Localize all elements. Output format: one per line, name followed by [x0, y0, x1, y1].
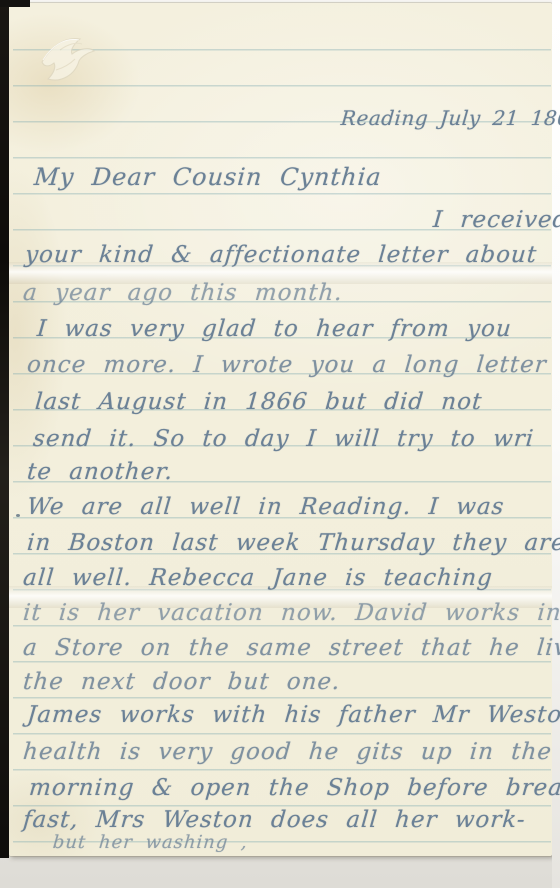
- date-line: Reading July 21 1867: [340, 106, 560, 130]
- letter-line: morning & open the Shop before break-: [28, 775, 560, 801]
- ink-dot: [16, 514, 20, 517]
- letter-line: I was very glad to hear from you: [36, 316, 513, 342]
- letter-line: fast, Mrs Weston does all her work-: [22, 807, 527, 833]
- letter-line: but her washing ,: [52, 832, 249, 853]
- scanned-letter-page: Reading July 21 1867 My Dear Cousin Cynt…: [0, 0, 560, 888]
- letter-line: I received: [432, 207, 560, 233]
- letter-line: all well. Rebecca Jane is teaching: [22, 565, 494, 591]
- letter-line: your kind & affectionate letter about: [24, 242, 538, 268]
- letter-line: the next door but one.: [22, 669, 342, 695]
- letter-line: a Store on the same street that he lives: [22, 635, 560, 661]
- embossed-bird-stamp-icon: [30, 26, 104, 92]
- letter-line: in Boston last week Thursday they are: [26, 530, 560, 556]
- letter-line: once more. I wrote you a long letter: [26, 352, 548, 378]
- letter-line: send it. So to day I will try to wri: [32, 426, 535, 452]
- scanner-edge-left: [0, 0, 9, 858]
- letter-line: it is her vacation now. David works in: [22, 600, 560, 626]
- letter-line: James works with his father Mr Weston: [26, 702, 560, 728]
- letter-line: a year ago this month.: [22, 280, 344, 306]
- letter-line: health is very good he gits up in the: [22, 739, 553, 765]
- scan-margin-right: [552, 0, 560, 888]
- letter-line: last August in 1866 but did not: [34, 389, 483, 415]
- letter-line: We are all well in Reading. I was: [26, 494, 506, 520]
- letter-line: te another.: [26, 459, 174, 485]
- salutation-line: My Dear Cousin Cynthia: [33, 163, 383, 191]
- scanner-edge-corner: [0, 0, 30, 7]
